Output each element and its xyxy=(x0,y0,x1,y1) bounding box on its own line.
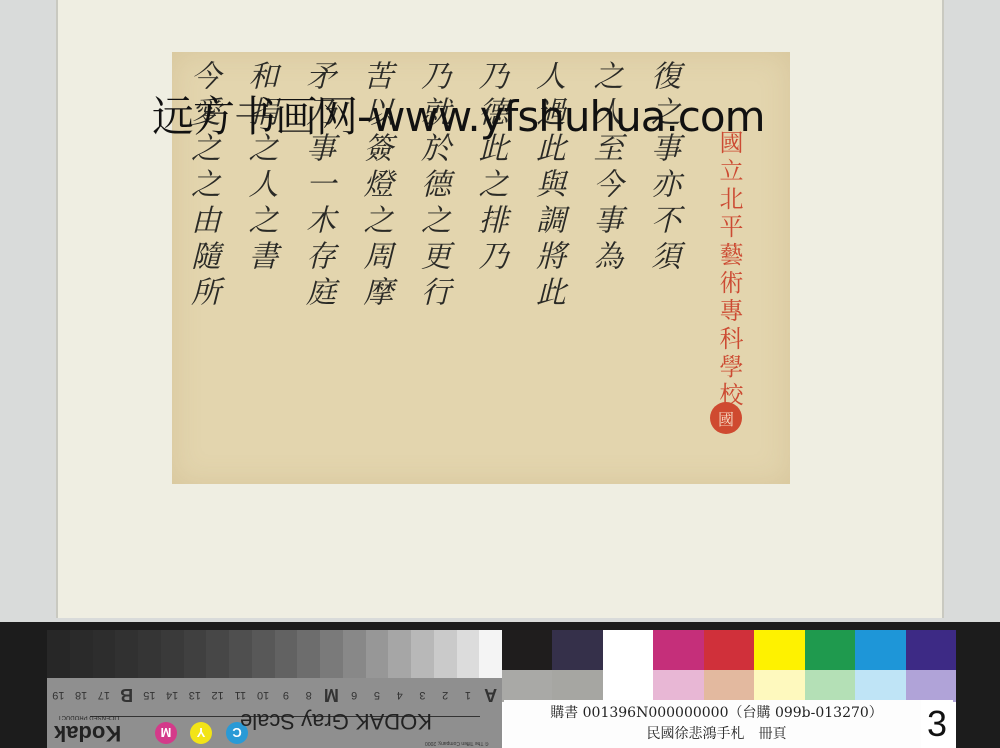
gray-patch xyxy=(229,630,252,678)
gray-patch xyxy=(252,630,275,678)
color-patch xyxy=(906,670,956,702)
gray-patch xyxy=(70,630,93,678)
gray-patch xyxy=(388,630,411,678)
gray-step-label: 14 xyxy=(161,684,184,706)
gray-step-labels: A123456M89101112131415B171819 xyxy=(47,684,502,706)
gray-scale-title: KODAK Gray Scale xyxy=(240,708,432,734)
gray-step-label: 10 xyxy=(252,684,275,706)
m-dot-icon: M xyxy=(155,722,177,744)
y-dot-icon: Y xyxy=(190,722,212,744)
gray-patch xyxy=(184,630,207,678)
color-patch xyxy=(805,630,855,670)
gray-step-label: 8 xyxy=(297,684,320,706)
gray-patch xyxy=(115,630,138,678)
gray-step-label: 19 xyxy=(47,684,70,706)
color-patch xyxy=(502,630,552,670)
gray-step-label: 9 xyxy=(275,684,298,706)
site-watermark: 远方书画网-www.yfshuhua.com xyxy=(152,84,765,144)
gray-patch xyxy=(93,630,116,678)
gray-step-label: 1 xyxy=(457,684,480,706)
catalog-id: 購書 001396N000000000（台購 099b-013270） xyxy=(504,702,929,724)
catalog-label: 購書 001396N000000000（台購 099b-013270） 民國徐悲… xyxy=(504,700,929,748)
kodak-logo: Kodak xyxy=(54,720,121,746)
color-patch xyxy=(552,630,602,670)
color-patch xyxy=(704,630,754,670)
gray-step-label: A xyxy=(479,684,502,706)
color-patch xyxy=(653,670,703,702)
color-patch xyxy=(704,670,754,702)
color-patch xyxy=(653,630,703,670)
gray-step-label: 13 xyxy=(184,684,207,706)
color-patches-top xyxy=(502,630,956,670)
color-patch xyxy=(754,670,804,702)
gray-step-label: 17 xyxy=(93,684,116,706)
gray-step-label: 12 xyxy=(206,684,229,706)
gray-step-label: 5 xyxy=(366,684,389,706)
color-patch xyxy=(906,630,956,670)
gray-patch xyxy=(320,630,343,678)
gray-step-label: M xyxy=(320,684,343,706)
color-patches-bottom xyxy=(502,670,956,702)
color-patch xyxy=(552,670,602,702)
gray-patch xyxy=(479,630,502,678)
color-patch xyxy=(502,670,552,702)
gray-patch xyxy=(275,630,298,678)
catalog-title: 民國徐悲鴻手札 冊頁 xyxy=(504,724,929,744)
gray-patch xyxy=(206,630,229,678)
gray-step-label: 15 xyxy=(138,684,161,706)
color-patch xyxy=(855,670,905,702)
color-patch xyxy=(603,670,653,702)
gray-step-label: 4 xyxy=(388,684,411,706)
gray-patch xyxy=(161,630,184,678)
gray-step-label: 11 xyxy=(229,684,252,706)
gray-patch xyxy=(457,630,480,678)
color-patch xyxy=(754,630,804,670)
color-patch xyxy=(805,670,855,702)
page-number: 3 xyxy=(921,700,953,748)
gray-patch xyxy=(411,630,434,678)
kodak-licensed-text: LICENSED PRODUCT xyxy=(58,714,119,720)
gray-patch xyxy=(297,630,320,678)
gray-step-label: 6 xyxy=(343,684,366,706)
gray-patch xyxy=(47,630,70,678)
gray-patch xyxy=(366,630,389,678)
gray-patch xyxy=(434,630,457,678)
gray-step-label: 3 xyxy=(411,684,434,706)
gray-patches xyxy=(47,630,502,678)
gray-patch xyxy=(343,630,366,678)
gray-step-label: 2 xyxy=(434,684,457,706)
gray-step-label: B xyxy=(115,684,138,706)
gray-step-label: 18 xyxy=(70,684,93,706)
color-patch xyxy=(603,630,653,670)
gray-patch xyxy=(138,630,161,678)
copyright-text: © The Tiffen Company, 2000 xyxy=(425,740,488,746)
color-patch xyxy=(855,630,905,670)
round-seal-icon: 國 xyxy=(710,402,742,434)
